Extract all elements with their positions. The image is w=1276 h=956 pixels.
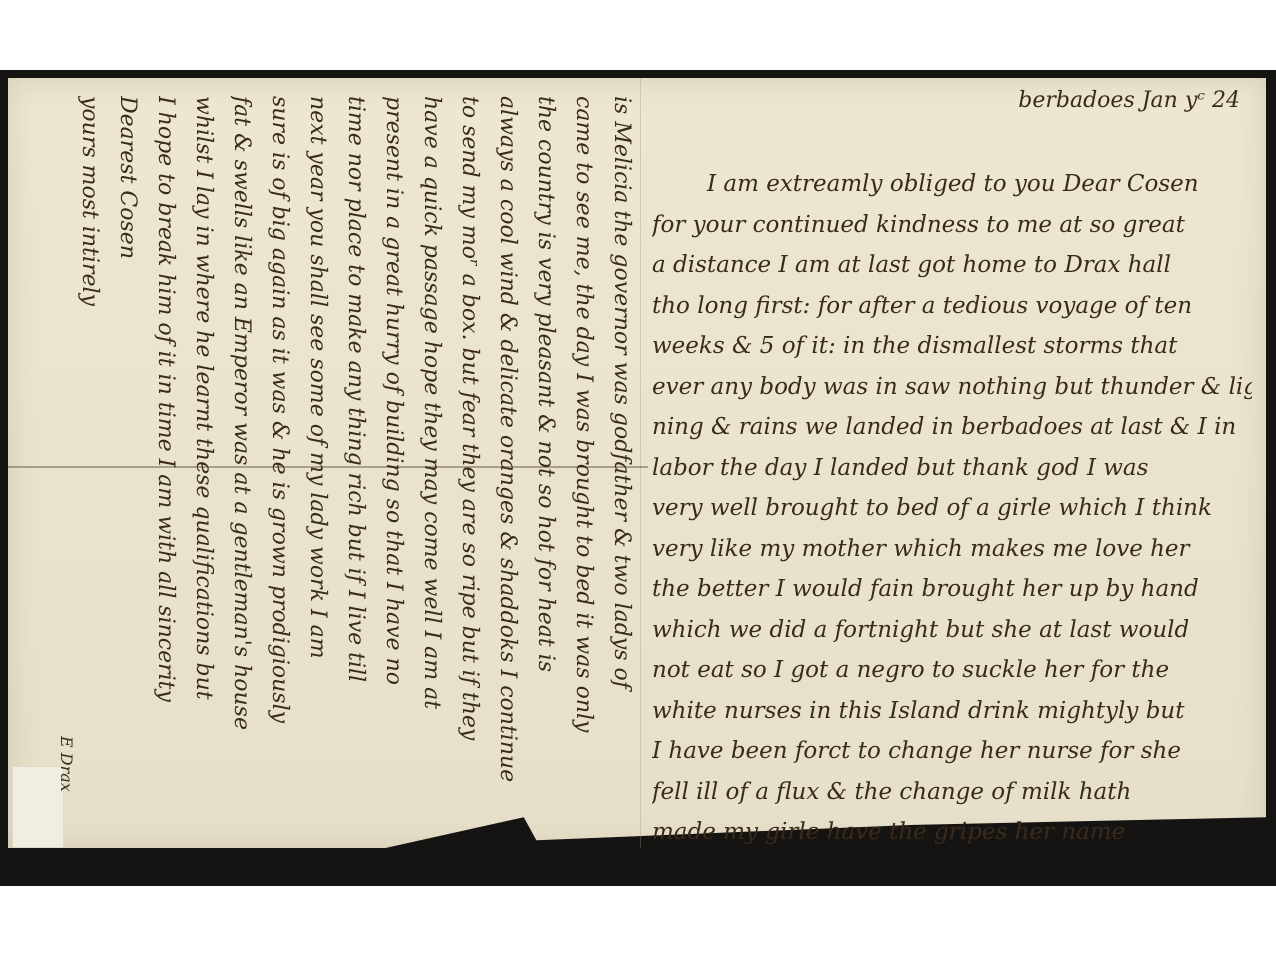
right-line: I am extreamly obliged to you Dear Cosen: [652, 164, 1252, 205]
left-line: always a cool wind & delicate oranges & …: [488, 96, 526, 850]
right-line: fell ill of a flux & the change of milk …: [652, 772, 1252, 813]
right-line: weeks & 5 of it: in the dismallest storm…: [652, 326, 1252, 367]
letter-dateline: berbadoes Jan yᶜ 24: [1018, 88, 1240, 113]
left-line: came to see me, the day I was brought to…: [564, 96, 602, 850]
left-line: have a quick passage hope they may come …: [412, 96, 450, 850]
right-line: a distance I am at last got home to Drax…: [652, 245, 1252, 286]
right-line: not eat so I got a negro to suckle her f…: [652, 650, 1252, 691]
rotated-text-block: is Melicia the governor was godfather & …: [20, 90, 640, 850]
left-line: time nor place to make any thing rich bu…: [336, 96, 374, 850]
right-line: ever any body was in saw nothing but thu…: [652, 367, 1252, 408]
vertical-fold-crease: [640, 78, 641, 848]
left-line: sure is of big again as it was & he is g…: [260, 96, 298, 850]
right-line: which we did a fortnight but she at last…: [652, 610, 1252, 651]
right-line: for your continued kindness to me at so …: [652, 205, 1252, 246]
left-line: Dearest Cosen: [108, 96, 146, 850]
left-line: present in a great hurry of building so …: [374, 96, 412, 850]
right-line: the better I would fain brought her up b…: [652, 569, 1252, 610]
left-line: next year you shall see some of my lady …: [298, 96, 336, 850]
left-page-lines: is Melicia the governor was godfather & …: [56, 90, 640, 850]
left-line: the country is very pleasant & not so ho…: [526, 96, 564, 850]
right-line: I have been forct to change her nurse fo…: [652, 731, 1252, 772]
left-line: is Melicia the governor was godfather & …: [602, 96, 640, 850]
right-line: made my girle have the gripes her name: [652, 812, 1252, 853]
right-line: very well brought to bed of a girle whic…: [652, 488, 1252, 529]
right-line: very like my mother which makes me love …: [652, 529, 1252, 570]
right-line: labor the day I landed but thank god I w…: [652, 448, 1252, 489]
right-line: tho long first: for after a tedious voya…: [652, 286, 1252, 327]
left-line: fat & swells like an Emperor was at a ge…: [222, 96, 260, 850]
right-page-lines: I am extreamly obliged to you Dear Cosen…: [652, 164, 1252, 853]
left-line: to send my moʳ a box. but fear they are …: [450, 96, 488, 850]
left-page: is Melicia the governor was godfather & …: [20, 90, 640, 850]
right-line: ning & rains we landed in berbadoes at l…: [652, 407, 1252, 448]
left-line: I hope to break him of it in time I am w…: [146, 96, 184, 850]
right-line: white nurses in this Island drink mighty…: [652, 691, 1252, 732]
right-page: berbadoes Jan yᶜ 24 I am extreamly oblig…: [650, 80, 1260, 850]
left-line: whilst I lay in where he learnt these qu…: [184, 96, 222, 850]
